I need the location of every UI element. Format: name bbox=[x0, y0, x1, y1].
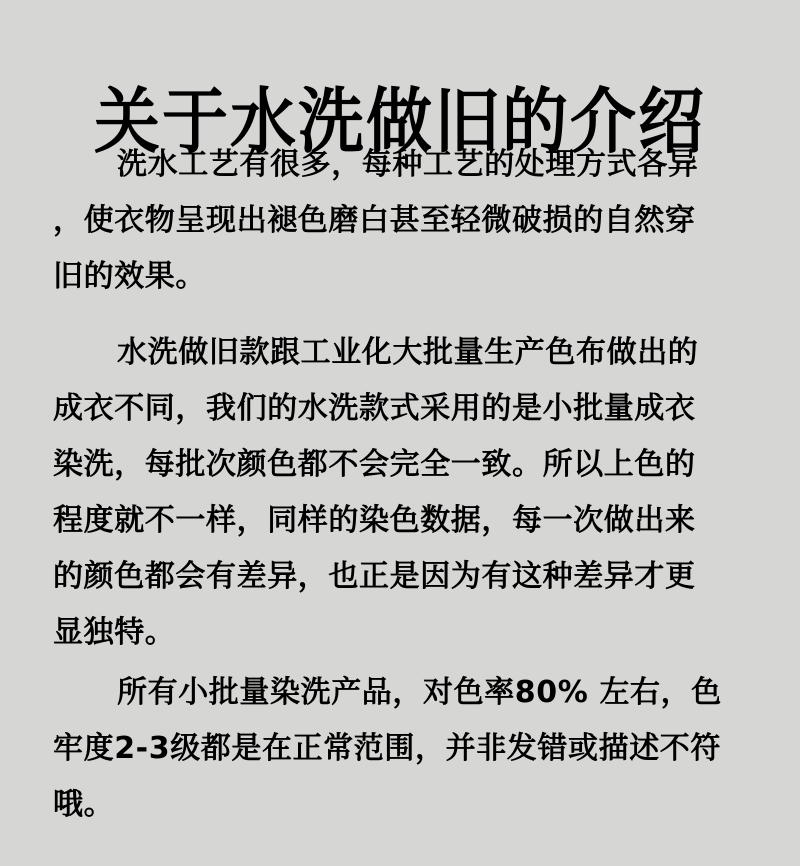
paragraph-2-line-6: 显独特。 bbox=[53, 613, 753, 653]
paragraph-1-line-3: 旧的效果。 bbox=[53, 257, 753, 297]
paragraph-3-line-3: 哦。 bbox=[53, 785, 753, 825]
paragraph-2-line-1: 水洗做旧款跟工业化大批量生产色布做出的 bbox=[53, 333, 800, 373]
paragraph-3-line-2: 牢度2-3级都是在正常范围，并非发错或描述不符 bbox=[53, 729, 753, 769]
paragraph-1-line-1: 洗水工艺有很多，每种工艺的处理方式各异 bbox=[53, 145, 800, 185]
paragraph-1-line-2: ，使衣物呈现出褪色磨白甚至轻微破损的自然穿 bbox=[53, 201, 753, 241]
paragraph-2-line-4: 程度就不一样，同样的染色数据，每一次做出来 bbox=[53, 501, 753, 541]
paragraph-2-line-5: 的颜色都会有差异，也正是因为有这种差异才更 bbox=[53, 557, 753, 597]
paragraph-3-line-1: 所有小批量染洗产品，对色率80% 左右，色 bbox=[53, 673, 800, 713]
document-page: 关于水洗做旧的介绍 洗水工艺有很多，每种工艺的处理方式各异 ，使衣物呈现出褪色磨… bbox=[0, 0, 800, 866]
paragraph-2-line-2: 成衣不同，我们的水洗款式采用的是小批量成衣 bbox=[53, 389, 753, 429]
paragraph-2-line-3: 染洗，每批次颜色都不会完全一致。所以上色的 bbox=[53, 445, 753, 485]
